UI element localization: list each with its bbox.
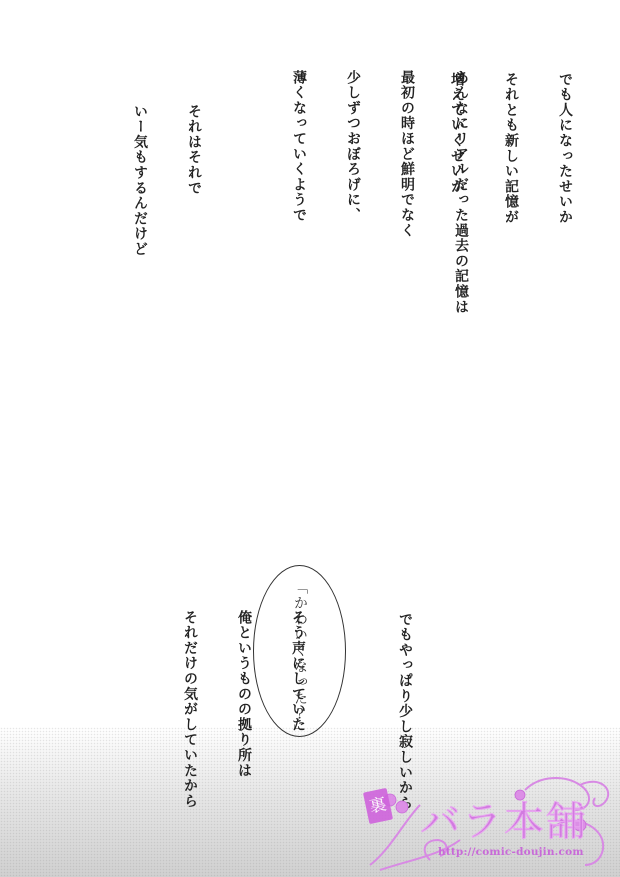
narration-line: それはそれで bbox=[185, 104, 203, 257]
narration-line: あんなにリアルだった過去の記憶は bbox=[452, 70, 470, 315]
narration-line: 薄くなっていくようで bbox=[290, 70, 308, 315]
narration-line: 少しずつおぼろげに、 bbox=[344, 70, 362, 315]
narration-block-bottom-left: そう声にしていた 俺というものの拠り所は それだけの気がしていたから bbox=[163, 610, 343, 809]
narration-line: 最初の時ほど鮮明でなく bbox=[398, 70, 416, 315]
watermark-title: バラ本舗 bbox=[420, 790, 588, 847]
narration-line: 俺というものの拠り所は bbox=[235, 610, 253, 809]
narration-line: でも人になったせいか bbox=[556, 72, 574, 225]
narration-line: いー気もするんだけど bbox=[131, 104, 149, 257]
narration-line: それだけの気がしていたから bbox=[181, 610, 199, 809]
narration-line: そう声にしていた bbox=[289, 610, 307, 809]
watermark-url: http://comic-doujin.com bbox=[438, 846, 584, 858]
narration-block-top-middle: あんなにリアルだった過去の記憶は 最初の時ほど鮮明でなく 少しずつおぼろげに、 … bbox=[272, 70, 506, 315]
narration-block-top-left: それはそれで いー気もするんだけど bbox=[113, 104, 239, 257]
